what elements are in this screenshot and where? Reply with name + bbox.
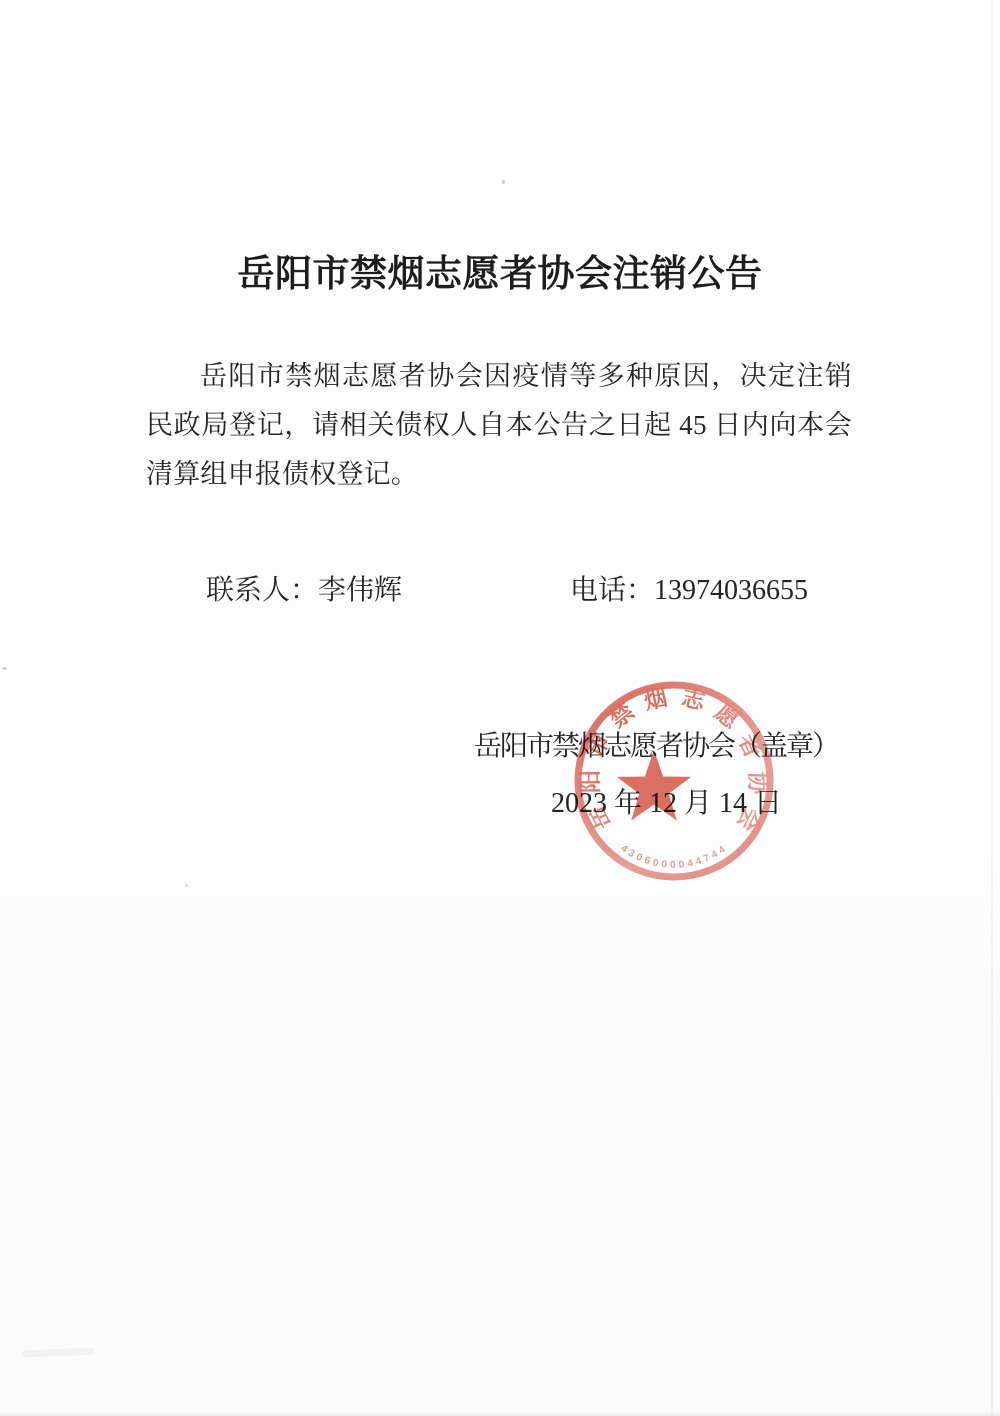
contact-label: 联系人： — [206, 575, 318, 606]
scan-edge-right — [991, 0, 993, 1416]
phone-number: 13974036655 — [654, 575, 808, 606]
page-title: 岳阳市禁烟志愿者协会注销公告 — [0, 243, 1000, 297]
official-red-seal: 岳阳市禁烟志愿者协会 4306000044744 — [559, 666, 789, 896]
contact-phone: 电话：13974036655 — [570, 568, 808, 608]
scan-speck — [2, 667, 7, 670]
scanned-document-page: 岳阳市禁烟志愿者协会注销公告 岳阳市禁烟志愿者协会因疫情等多种原因，决定注销民政… — [0, 0, 1000, 1416]
scan-smudge — [22, 1348, 94, 1358]
contact-person: 联系人：李伟辉 — [206, 568, 402, 608]
contact-name: 李伟辉 — [318, 575, 402, 606]
contact-row: 联系人：李伟辉 电话：13974036655 — [146, 568, 852, 608]
scan-speck — [502, 180, 505, 184]
star-icon — [617, 750, 691, 821]
scan-edge-bottom — [0, 1411, 1000, 1416]
phone-label: 电话： — [570, 575, 654, 606]
scan-speck — [185, 884, 188, 887]
body-paragraph: 岳阳市禁烟志愿者协会因疫情等多种原因，决定注销民政局登记，请相关债权人自本公告之… — [146, 352, 852, 499]
